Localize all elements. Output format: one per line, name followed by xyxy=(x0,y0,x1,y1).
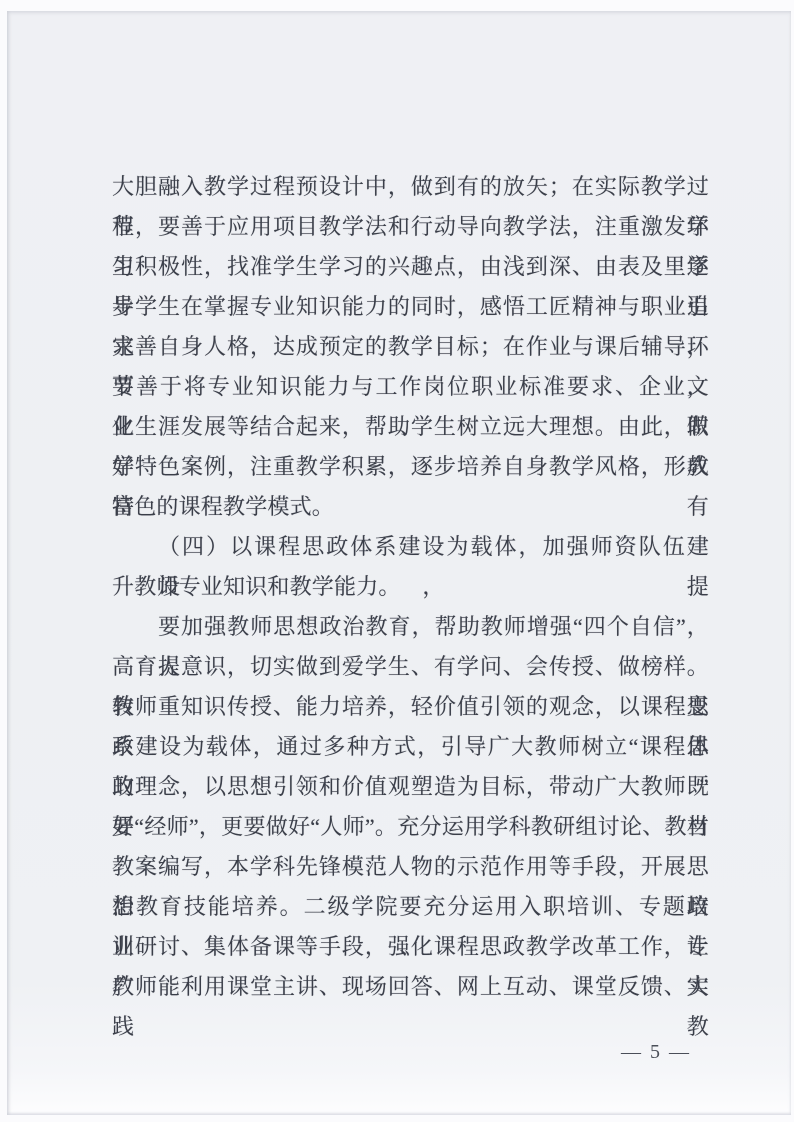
text-line: 大胆融入教学过程预设计中，做到有的放矢；在实际教学过程环 xyxy=(112,167,709,207)
text-line: 业研讨、集体备课等手段，强化课程思政教学改革工作，让广大 xyxy=(112,927,709,967)
text-line: 完善自身人格，达成预定的教学目标；在作业与课后辅导环节， xyxy=(112,327,709,367)
text-line: 系建设为载体，通过多种方式，引导广大教师树立“课程思政” xyxy=(112,727,709,767)
text-line: 教师重知识传授、能力培养，轻价值引领的观念，以课程思政体 xyxy=(112,687,709,727)
section-heading-line: （四）以课程思政体系建设为载体，加强师资队伍建设，提 xyxy=(112,527,709,567)
text-line: 要加强教师思想政治教育，帮助教师增强“四个自信”，提 xyxy=(112,607,709,647)
page-number: — 5 — xyxy=(606,1038,706,1066)
text-line: 高育人意识，切实做到爱学生、有学问、会传授、做榜样。转变 xyxy=(112,647,709,687)
text-line: 导学生在掌握专业知识能力的同时，感悟工匠精神与职业追求， xyxy=(112,287,709,327)
text-line: 治教育技能培养。二级学院要充分运用入职培训、专题培训、专 xyxy=(112,887,709,927)
text-line: 学特色案例，注重教学积累，逐步培养自身教学风格，形成富有 xyxy=(112,447,709,487)
text-line: 教师能利用课堂主讲、现场回答、网上互动、课堂反馈、实践教 xyxy=(112,967,709,1007)
scanned-page: 大胆融入教学过程预设计中，做到有的放矢；在实际教学过程环 节，要善于应用项目教学… xyxy=(7,11,791,1115)
document-body-text: 大胆融入教学过程预设计中，做到有的放矢；在实际教学过程环 节，要善于应用项目教学… xyxy=(112,167,709,1007)
text-line: 好“经师”，更要做好“人师”。充分运用学科教研组讨论、教材 xyxy=(112,807,709,847)
text-line: 习积极性，找准学生学习的兴趣点，由浅到深、由表及里逐步引 xyxy=(112,247,709,287)
text-line: 要善于将专业知识能力与工作岗位职业标准要求、企业文化、职 xyxy=(112,367,709,407)
text-line: 教案编写，本学科先锋模范人物的示范作用等手段，开展思想政 xyxy=(112,847,709,887)
text-line: 的理念，以思想引领和价值观塑造为目标，带动广大教师既要当 xyxy=(112,767,709,807)
text-line: 业生涯发展等结合起来，帮助学生树立远大理想。由此，做好教 xyxy=(112,407,709,447)
text-line: 节，要善于应用项目教学法和行动导向教学法，注重激发学生学 xyxy=(112,207,709,247)
